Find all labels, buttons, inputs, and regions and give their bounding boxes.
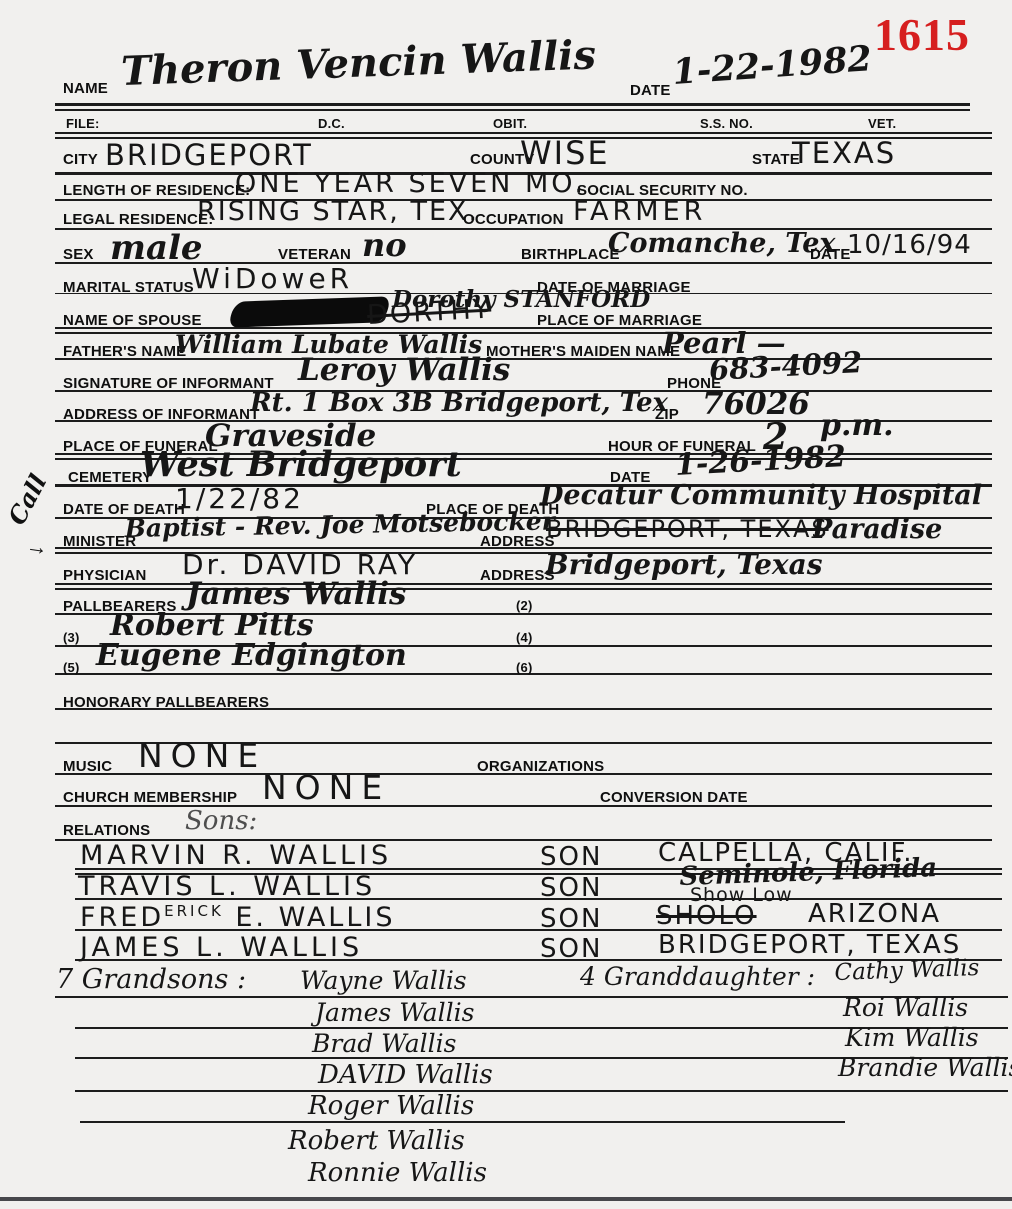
granddaughter-name: Brandie Wallis (838, 1053, 1012, 1082)
honorary-pallbearers-label: HONORARY PALLBEARERS (63, 694, 269, 711)
vet-label: VET. (868, 116, 896, 131)
relative-name-part: FRED (80, 902, 164, 933)
minister-address-crossed: BRIDGEPORT, TEXAS (546, 515, 829, 543)
minister-address-label: ADDRESS (480, 533, 555, 550)
city-label: CITY (63, 151, 98, 168)
conversion-date-label: CONVERSION DATE (600, 789, 748, 806)
date-label: DATE (630, 82, 671, 99)
pallbearer-3-label: (3) (63, 630, 80, 645)
place-of-death-value: Decatur Community Hospital (540, 480, 982, 511)
grandson-name: Robert Wallis (288, 1126, 465, 1156)
church-membership-value: NONE (262, 768, 390, 807)
birth-date-value: 10/16/94 (847, 230, 972, 260)
church-membership-label: CHURCH MEMBERSHIP (63, 789, 237, 806)
relative-place-crossed: SHOLO (656, 901, 757, 931)
signature-of-informant-value: Leroy Wallis (298, 352, 510, 388)
pallbearer-5-value: Eugene Edgington (96, 638, 407, 673)
organizations-label: ORGANIZATIONS (477, 758, 604, 775)
zip-value: 76026 (702, 386, 810, 422)
cemetery-value: West Bridgeport (140, 444, 462, 485)
grandson-name: James Wallis (315, 998, 474, 1027)
rule-line (55, 199, 992, 201)
date-value: 1-22-1982 (671, 38, 873, 93)
relative-relation: SON (540, 842, 602, 872)
spouse-crossed-out: DORTHY (366, 294, 492, 331)
file-label: FILE: (66, 116, 100, 131)
pallbearer-1-value: James Wallis (186, 576, 407, 612)
rule-line (80, 1121, 845, 1123)
legal-residence-label: LEGAL RESIDENCE: (63, 211, 213, 228)
grandson-name: Brad Wallis (312, 1029, 456, 1058)
relations-label: RELATIONS (63, 822, 150, 839)
name-label: NAME (63, 80, 108, 97)
scan-bottom-edge (0, 1197, 1012, 1201)
state-value: TEXAS (792, 136, 896, 170)
funeral-record-scan: 1615 NAME Theron Vencin Wallis DATE 1-22… (0, 0, 1012, 1209)
granddaughter-name: Roi Wallis (843, 993, 968, 1022)
pallbearer-5-label: (5) (63, 660, 80, 675)
relative-place: BRIDGEPORT, TEXAS (658, 930, 961, 960)
mothers-maiden-name-label: MOTHER'S MAIDEN NAME (486, 343, 680, 360)
grandson-name: DAVID Wallis (318, 1060, 493, 1090)
rule-line (55, 103, 970, 106)
sex-label: SEX (63, 246, 94, 263)
relative-relation: SON (540, 873, 602, 903)
grandson-name: Roger Wallis (308, 1091, 474, 1121)
birthplace-value: Comanche, Tex (608, 228, 836, 259)
marital-status-label: MARITAL STATUS (63, 279, 194, 296)
relative-name-superscript: ERICK (164, 902, 224, 920)
grandson-name: Wayne Wallis (300, 966, 467, 995)
relative-name: MARVIN R. WALLIS (80, 840, 392, 871)
rule-line (75, 1090, 1008, 1092)
phone-value: 683-4092 (708, 345, 863, 387)
granddaughter-name: Kim Wallis (845, 1023, 979, 1052)
physician-address-label: ADDRESS (480, 567, 555, 584)
relative-relation: SON (540, 904, 602, 934)
date-of-death-value: 1/22/82 (175, 482, 304, 515)
pm-note: p.m. (820, 408, 894, 443)
ssno-label: S.S. NO. (700, 116, 753, 131)
margin-note: Call (2, 469, 52, 529)
dc-label: D.C. (318, 116, 345, 131)
marital-status-value: WiDoweR (192, 262, 353, 295)
occupation-label: OCCUPATION (463, 211, 564, 228)
relative-relation: SON (540, 934, 602, 964)
music-label: MUSIC (63, 758, 112, 775)
fathers-name-label: FATHER'S NAME (63, 343, 186, 360)
relative-name: FREDERICK E. WALLIS (80, 902, 395, 933)
relations-note: Sons: (185, 806, 257, 836)
obit-label: OBIT. (493, 116, 527, 131)
city-value: BRIDGEPORT (105, 138, 313, 172)
pallbearer-4-label: (4) (516, 630, 533, 645)
length-of-residence-value: ONE YEAR SEVEN MO. (235, 168, 586, 199)
page-number-stamp: 1615 (874, 8, 970, 61)
granddaughters-heading: 4 Granddaughter : (580, 962, 815, 991)
music-value: NONE (138, 736, 266, 775)
relative-name: JAMES L. WALLIS (80, 932, 363, 963)
address-of-informant-value: Rt. 1 Box 3B Bridgeport, Tex (250, 388, 668, 418)
relative-name-part: E. WALLIS (235, 902, 395, 933)
minister-address-after: Paradise (812, 514, 942, 545)
legal-residence-value: RISING STAR, TEX. (197, 196, 479, 227)
pallbearer-6-label: (6) (516, 660, 533, 675)
birthplace-label: BIRTHPLACE (521, 246, 620, 263)
granddaughter-name: Cathy Wallis (834, 955, 980, 986)
physician-address-value: Bridgeport, Texas (545, 548, 823, 581)
occupation-value: FARMER (573, 196, 706, 227)
veteran-value: no (362, 226, 407, 264)
cemetery-date-value: 1-26-1982 (674, 439, 847, 483)
grandsons-heading: 7 Grandsons : (56, 964, 246, 995)
veteran-label: VETERAN (278, 246, 351, 263)
birth-date-label: DATE (810, 246, 851, 263)
signature-of-informant-label: SIGNATURE OF INFORMANT (63, 375, 274, 392)
pallbearer-2-label: (2) (516, 598, 533, 613)
physician-label: PHYSICIAN (63, 567, 146, 584)
margin-arrow-icon: → (24, 533, 49, 562)
name-value: Theron Vencin Wallis (120, 31, 596, 95)
zip-label: ZIP (655, 406, 679, 423)
relative-place: ARIZONA (808, 899, 941, 929)
grandson-name: Ronnie Wallis (308, 1158, 487, 1188)
name-of-spouse-label: NAME OF SPOUSE (63, 312, 202, 329)
county-value: WISE (520, 134, 610, 172)
sex-value: male (110, 228, 203, 268)
relative-name: TRAVIS L. WALLIS (78, 871, 376, 902)
